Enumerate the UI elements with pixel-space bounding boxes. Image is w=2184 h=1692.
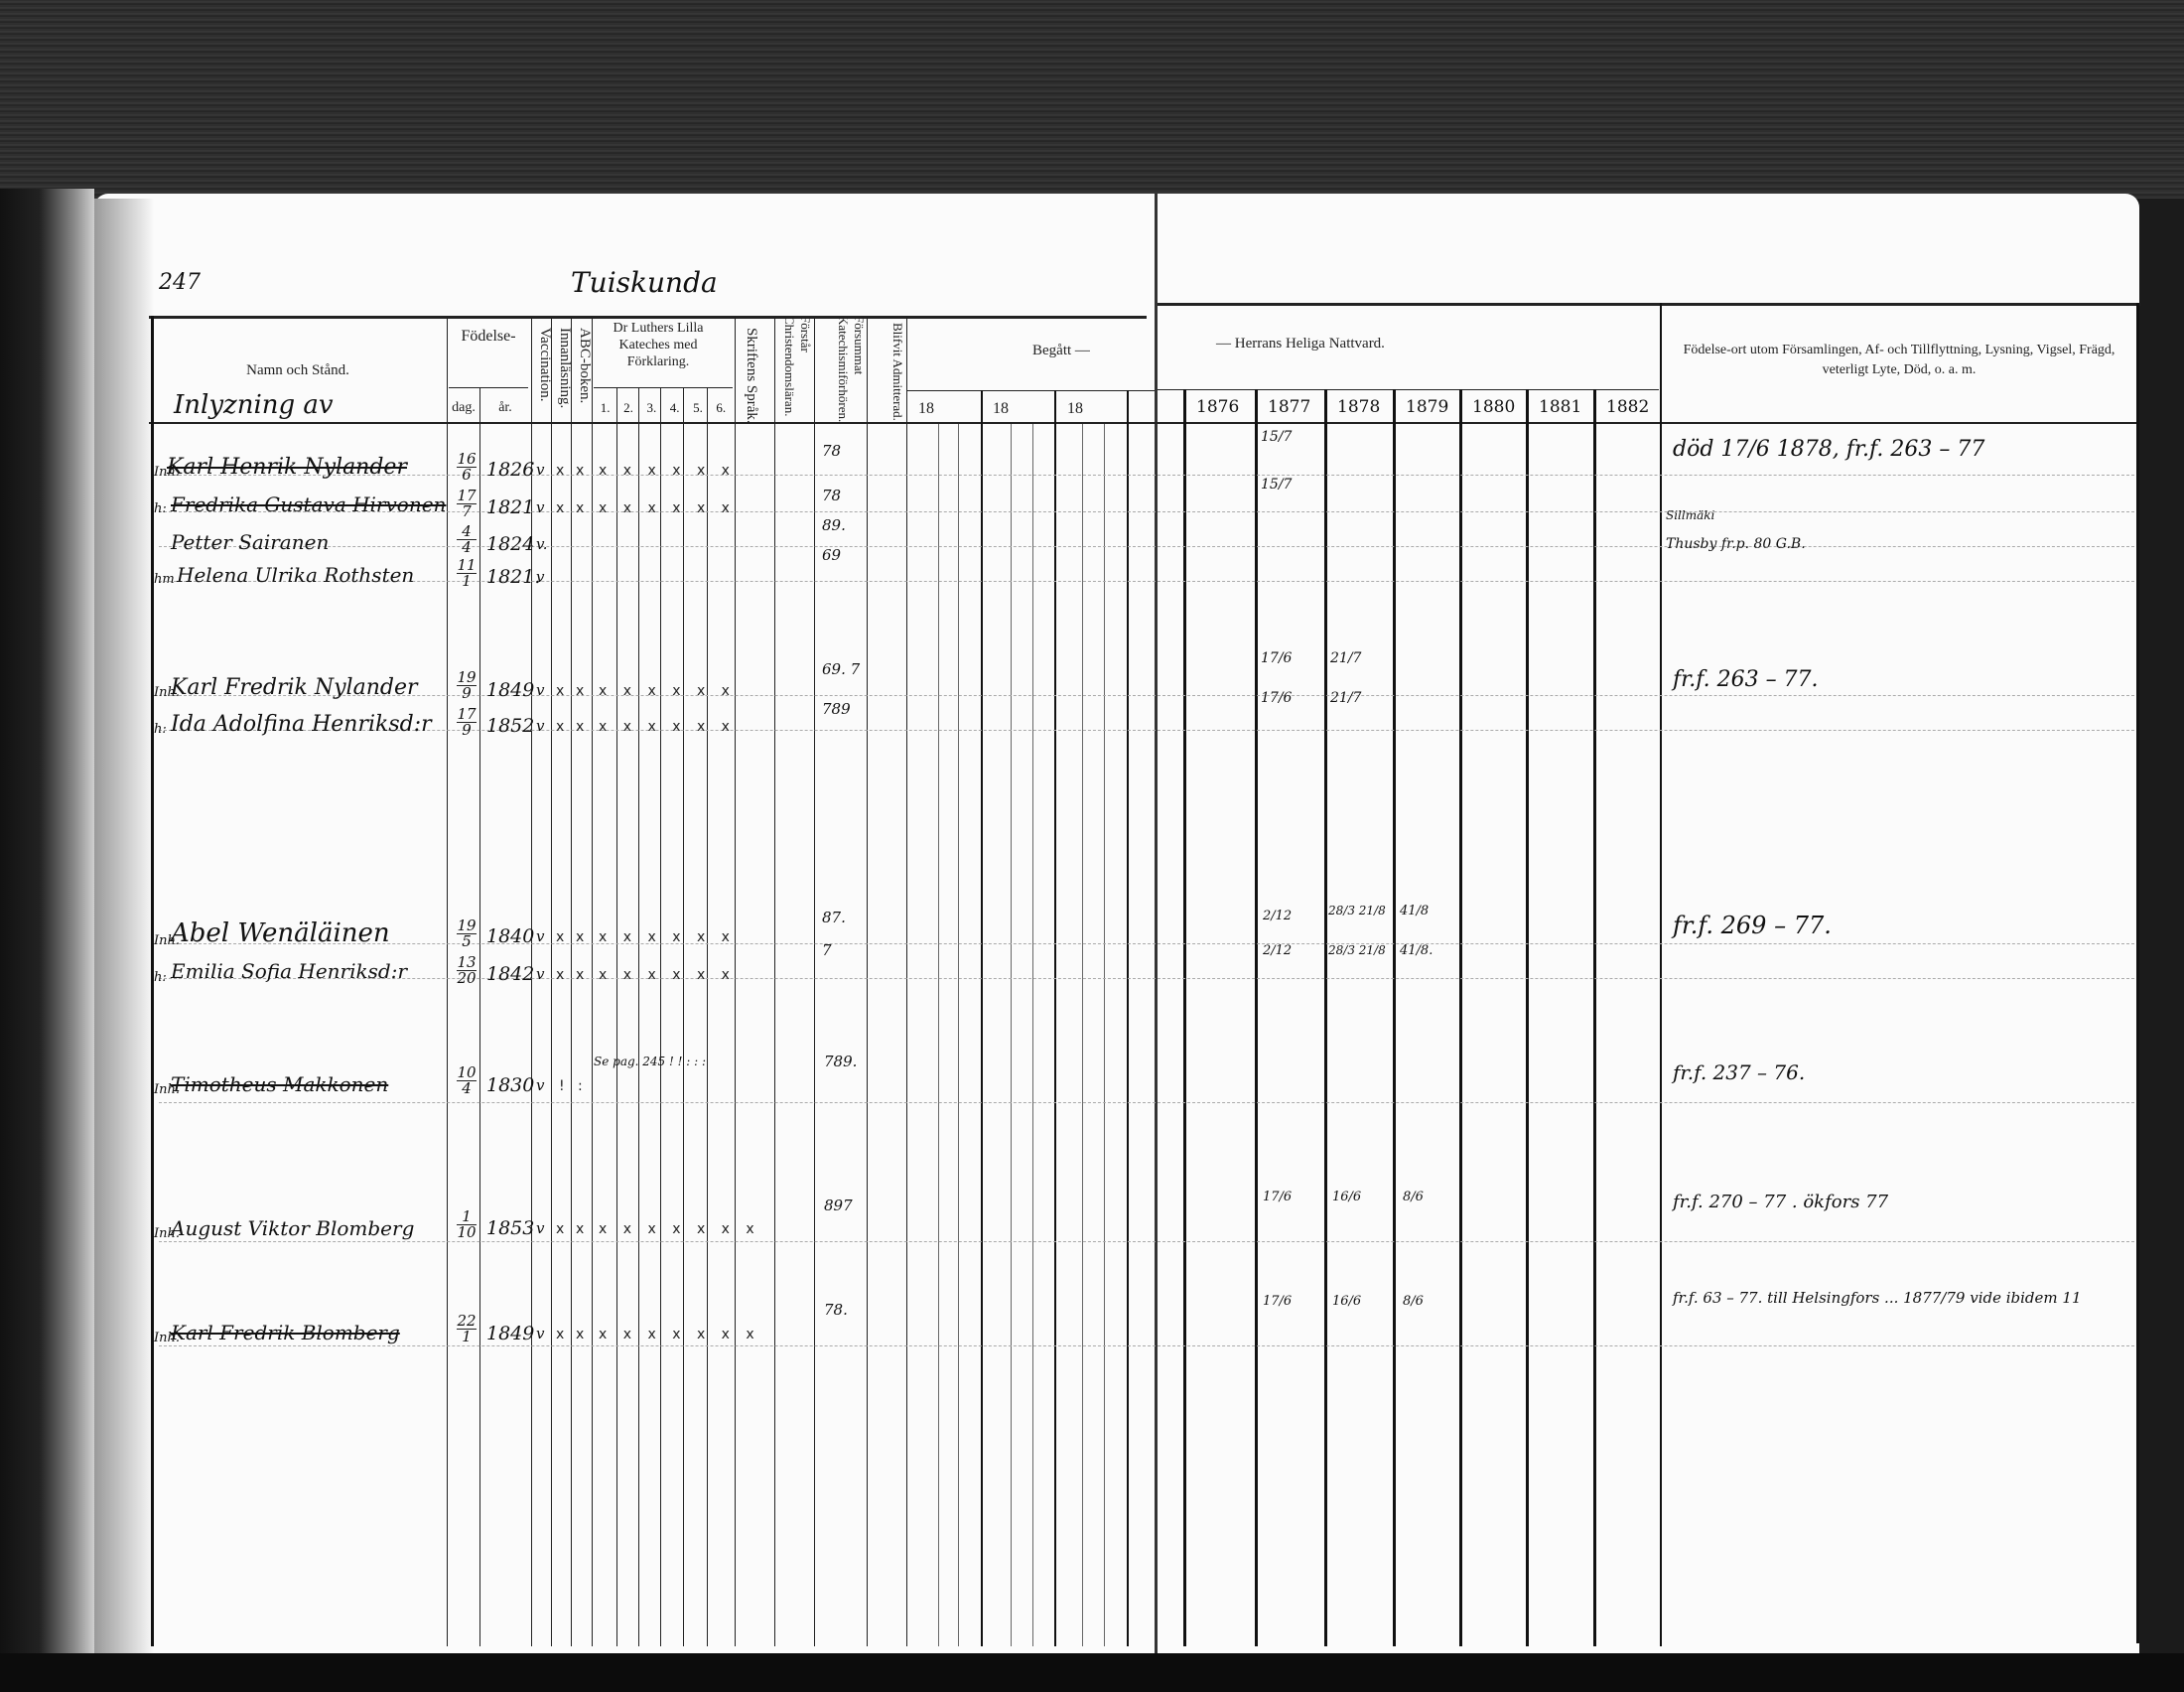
col-divider <box>1324 389 1327 1646</box>
table-top-border-left <box>149 316 1147 319</box>
entry-name: Abel Wenäläinen <box>171 918 390 948</box>
abc-mark: x <box>576 500 590 516</box>
communion-1878: 28/3 21/8 <box>1328 904 1386 917</box>
row-guide <box>159 1345 2134 1346</box>
reading-mark: x <box>556 1221 570 1237</box>
entry-name: Ida Adolfina Henriksd:r <box>171 712 432 737</box>
sub-divider <box>1032 424 1033 1646</box>
abc-mark: x <box>576 929 590 945</box>
year-1879: 1879 <box>1406 397 1448 417</box>
col-divider <box>447 316 448 1646</box>
reading-mark: x <box>556 719 570 735</box>
birth-year: 1852 <box>486 715 534 737</box>
village-heading: Tuiskunda <box>571 266 718 299</box>
register-spread <box>94 194 2139 1653</box>
row-guide <box>159 1102 2134 1103</box>
year-1880: 1880 <box>1472 397 1515 417</box>
col-divider <box>1054 390 1056 1646</box>
header-birth: Födelse- <box>449 328 528 346</box>
vaccination-mark: v <box>536 927 544 945</box>
birth-day-month: 44 <box>457 524 477 555</box>
birth-day-month: 221 <box>457 1314 477 1344</box>
header-birth-year: år. <box>480 400 530 416</box>
vaccination-mark: v <box>536 681 544 699</box>
birth-year: 1849 <box>486 1323 534 1344</box>
neglected-value: 7 <box>822 941 832 959</box>
entry-name: Karl Fredrik Nylander <box>171 675 417 700</box>
sub-divider <box>1082 424 1083 1646</box>
remarks-text: fr.f. 270 – 77 . ökfors 77 <box>1673 1192 1888 1212</box>
header-abc: ABC-boken. <box>576 328 593 403</box>
birth-day-month: 199 <box>457 670 477 701</box>
book-gutter <box>1155 194 1158 1653</box>
catechism-marks: x x x x x x x <box>599 1327 760 1342</box>
header-name: Namn och Stånd. <box>159 362 437 379</box>
vaccination-mark: v <box>536 717 544 735</box>
col-divider <box>660 387 661 1646</box>
vaccination-mark: v <box>536 461 544 479</box>
neglected-value: 789. <box>824 1053 857 1070</box>
entry-prefix: h: <box>154 722 167 737</box>
neglected-value: 78 <box>822 442 841 460</box>
neglected-value: 89. <box>822 516 846 534</box>
birth-year: 1830 <box>486 1074 534 1096</box>
col-divider <box>638 387 639 1646</box>
vaccination-mark: v <box>536 1325 544 1342</box>
col-divider <box>1459 389 1462 1646</box>
page-number: 247 <box>159 270 201 295</box>
year-1881: 1881 <box>1539 397 1581 417</box>
entry-prefix: h: <box>154 970 167 985</box>
table-right-border <box>2136 303 2139 1643</box>
catechism-marks: x x x x x x <box>599 500 736 516</box>
communion-1879: 41/8 <box>1400 904 1429 918</box>
communion-1878: 16/6 <box>1332 1294 1361 1309</box>
catechism-marks: x x x x x x <box>599 719 736 735</box>
birth-month: 4 <box>457 540 477 555</box>
communion-1877: 2/12 <box>1263 943 1292 958</box>
neglected-value: 789 <box>822 700 851 718</box>
vaccination-mark: v. <box>536 535 547 553</box>
remarks-text: fr.f. 63 – 77. till Helsingfors ... 1877… <box>1673 1289 2082 1307</box>
remarks-text: Sillmäki <box>1666 508 1714 522</box>
col-divider <box>981 390 983 1646</box>
catechism-marks: x x x x x x <box>599 967 736 983</box>
reading-mark: x <box>556 463 570 479</box>
year-col-3: 18 <box>1067 400 1083 418</box>
col-divider <box>551 316 552 1646</box>
col-divider <box>616 387 617 1646</box>
entry-name: Emilia Sofia Henriksd:r <box>171 959 407 983</box>
communion-1877: 15/7 <box>1261 477 1292 493</box>
catechism-marks: x x x x x x x <box>599 1221 760 1237</box>
col-divider <box>1255 389 1258 1646</box>
header-admitted: Blifvit Admitterad. <box>872 323 905 422</box>
reading-mark: x <box>556 929 570 945</box>
entry-prefix: h: <box>154 501 167 516</box>
entry-name: Timotheus Makkonen <box>171 1072 388 1096</box>
neglected-value: 897 <box>824 1197 853 1214</box>
header-birth-day: dag. <box>449 400 478 416</box>
birth-month: 1 <box>457 574 477 589</box>
communion-1878: 16/6 <box>1332 1190 1361 1204</box>
communion-1877: 17/6 <box>1263 1190 1292 1204</box>
abc-mark: x <box>576 967 590 983</box>
col-divider <box>571 316 572 1646</box>
communion-1877: 17/6 <box>1261 690 1292 706</box>
sub-divider <box>1011 424 1012 1646</box>
year-1878: 1878 <box>1337 397 1380 417</box>
row-guide <box>159 1241 2134 1242</box>
catechism-marks: x x x x x x <box>599 463 736 479</box>
row-guide <box>159 978 2134 979</box>
vaccination-mark: v <box>536 1076 544 1094</box>
vaccination-mark: v <box>536 568 544 586</box>
abc-mark: : <box>578 1078 589 1094</box>
col-divider <box>906 316 907 1646</box>
header-communion-right: — Herrans Heliga Nattvard. <box>1216 336 1385 352</box>
col-divider <box>707 387 708 1646</box>
sub-divider <box>958 424 959 1646</box>
neglected-value: 78 <box>822 487 841 504</box>
birth-day-month: 110 <box>457 1209 477 1240</box>
abc-mark: x <box>576 1327 590 1342</box>
col-divider <box>479 387 480 1646</box>
col-divider <box>592 316 593 1646</box>
year-1882: 1882 <box>1606 397 1649 417</box>
reading-mark: x <box>556 683 570 699</box>
communion-1877: 15/7 <box>1261 429 1292 445</box>
catechism-col-6: 6. <box>710 400 733 416</box>
header-remarks: Födelse-ort utom Församlingen, Af- och T… <box>1666 341 2132 380</box>
vaccination-mark: v <box>536 965 544 983</box>
entry-name: Karl Fredrik Blomberg <box>171 1321 400 1344</box>
reading-mark: x <box>556 967 570 983</box>
row-guide <box>159 943 2134 944</box>
row-guide <box>159 695 2134 696</box>
neglected-value: 78. <box>824 1301 848 1319</box>
col-divider <box>1183 389 1186 1646</box>
birth-year: 1826 <box>486 459 534 481</box>
communion-1879: 41/8. <box>1400 943 1433 958</box>
col-divider <box>683 387 684 1646</box>
abc-mark: x <box>576 719 590 735</box>
col-divider <box>1593 389 1596 1646</box>
abc-mark: x <box>576 1221 590 1237</box>
year-1876: 1876 <box>1196 397 1239 417</box>
col-divider <box>774 316 775 1646</box>
remarks-text: död 17/6 1878, fr.f. 263 – 77 <box>1673 437 1984 462</box>
col-divider <box>1127 390 1129 1646</box>
catechism-col-2: 2. <box>616 400 639 416</box>
microfilm-background-top <box>0 0 2184 199</box>
header-communion-left: Begått — <box>1032 343 1090 359</box>
divider <box>1158 389 1659 390</box>
communion-1877: 2/12 <box>1263 909 1292 923</box>
col-divider <box>1526 389 1529 1646</box>
birth-month: 4 <box>457 1081 477 1096</box>
reading-mark: x <box>556 1327 570 1342</box>
entry-name: Petter Sairanen <box>171 530 329 554</box>
birth-year: 1842 <box>486 963 534 985</box>
birth-year: 1824 <box>486 533 534 555</box>
remarks-text: fr.f. 269 – 77. <box>1673 912 1832 939</box>
communion-1877: 17/6 <box>1263 1294 1292 1309</box>
catechism-col-1: 1. <box>594 400 616 416</box>
col-divider <box>1660 303 1662 1646</box>
abc-mark: x <box>576 463 590 479</box>
birth-month: 7 <box>457 504 477 519</box>
vaccination-mark: v <box>536 498 544 516</box>
birth-year: 1821. <box>486 566 540 588</box>
communion-1878: 28/3 21/8 <box>1328 943 1386 957</box>
entry-name: August Viktor Blomberg <box>171 1216 414 1240</box>
neglected-value: 87. <box>822 909 846 926</box>
section-heading: Inlyzning av <box>174 390 334 420</box>
birth-year: 1821 <box>486 496 534 518</box>
birth-day-month: 104 <box>457 1065 477 1096</box>
birth-month: 5 <box>457 934 477 949</box>
entry-name: Helena Ulrika Rothsten <box>177 563 414 587</box>
entry-prefix: hm <box>154 572 175 587</box>
communion-1879: 8/6 <box>1403 1190 1424 1204</box>
birth-year: 1840 <box>486 925 534 947</box>
communion-1879: 8/6 <box>1403 1294 1424 1309</box>
reading-mark: ! <box>559 1078 571 1094</box>
col-divider <box>814 316 815 1646</box>
row-guide <box>159 511 2134 512</box>
birth-day-month: 166 <box>457 452 477 483</box>
birth-month: 9 <box>457 723 477 738</box>
catechism-marks: Se pag. 245 ! ! : : : <box>594 1055 706 1068</box>
header-understanding: Förstår Christendomsläran. <box>779 316 813 425</box>
birth-day-month: 195 <box>457 918 477 949</box>
divider <box>449 387 528 388</box>
communion-1878: 21/7 <box>1330 650 1361 666</box>
abc-mark: x <box>576 683 590 699</box>
remarks-text: fr.f. 263 – 77. <box>1673 667 1819 692</box>
row-guide <box>159 546 2134 547</box>
entry-name: Fredrika Gustava Hirvonen <box>171 493 446 516</box>
birth-day-month: 179 <box>457 707 477 738</box>
divider <box>906 390 1155 391</box>
sub-divider <box>938 424 939 1646</box>
year-col-2: 18 <box>993 400 1009 418</box>
table-top-border-right <box>1158 303 2140 306</box>
entry-name: Karl Henrik Nylander <box>167 455 407 480</box>
birth-year: 1849 <box>486 679 534 701</box>
birth-month: 1 <box>457 1330 477 1344</box>
birth-month: 20 <box>457 971 477 986</box>
row-guide <box>159 730 2134 731</box>
birth-month: 6 <box>457 468 477 483</box>
neglected-value: 69. 7 <box>822 660 860 678</box>
header-catechism: Dr Luthers Lilla Kateches med Förklaring… <box>594 320 723 370</box>
birth-day-month: 1320 <box>457 955 477 986</box>
reading-mark: x <box>556 500 570 516</box>
catechism-numbers: 1. 2. 3. 4. 5. 6. <box>594 400 733 416</box>
communion-1878: 21/7 <box>1330 690 1361 706</box>
year-1877: 1877 <box>1268 397 1310 417</box>
birth-day-month: 177 <box>457 489 477 519</box>
header-neglected: Försummat Katechismiförhören. <box>819 316 867 425</box>
year-col-1: 18 <box>918 400 934 418</box>
col-divider <box>1393 389 1396 1646</box>
catechism-marks: x x x x x x <box>599 929 736 945</box>
row-guide <box>159 581 2134 582</box>
neglected-value: 69 <box>822 546 841 564</box>
col-divider <box>867 316 868 1646</box>
communion-1877: 17/6 <box>1261 650 1292 666</box>
remarks-text: Thusby fr.p. 80 G.B. <box>1666 536 1806 552</box>
vaccination-mark: v <box>536 1219 544 1237</box>
row-guide <box>159 475 2134 476</box>
divider <box>594 387 733 388</box>
birth-day-month: 111 <box>457 558 477 589</box>
catechism-marks: x x x x x x <box>599 683 736 699</box>
remarks-text: fr.f. 237 – 76. <box>1673 1060 1805 1084</box>
book-spine <box>0 189 94 1658</box>
header-scripture: Skriftens Språk. <box>743 328 759 424</box>
birth-month: 9 <box>457 686 477 701</box>
birth-month: 10 <box>457 1225 477 1240</box>
birth-year: 1853 <box>486 1217 534 1239</box>
microfilm-background-bottom <box>0 1653 2184 1692</box>
page-edge-shadow <box>94 199 154 1653</box>
sub-divider <box>1104 424 1105 1646</box>
